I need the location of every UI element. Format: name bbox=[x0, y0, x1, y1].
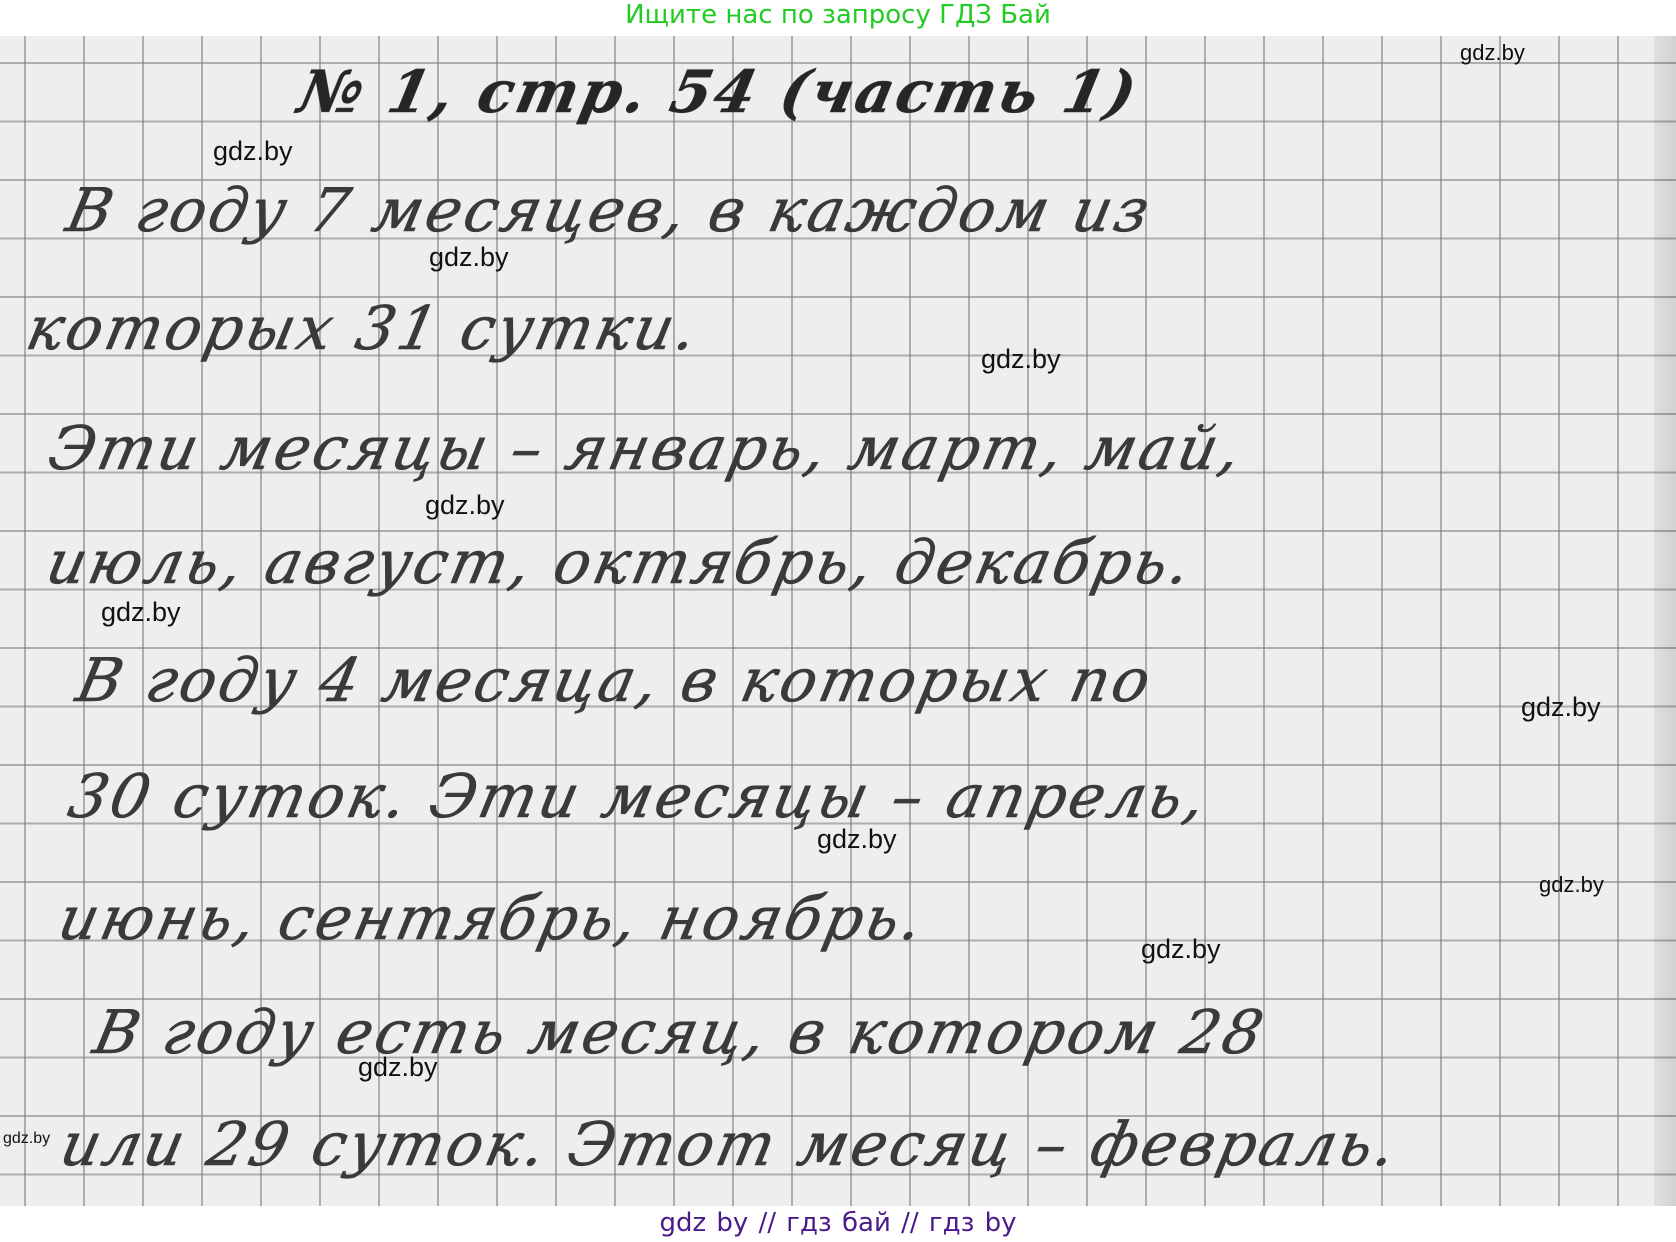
search-hint-banner: Ищите нас по запросу ГДЗ Бай bbox=[0, 0, 1676, 36]
watermark: gdz.by bbox=[358, 1052, 438, 1083]
watermark: gdz.by bbox=[3, 1130, 50, 1148]
watermark: gdz.by bbox=[1521, 692, 1601, 723]
watermark: gdz.by bbox=[817, 824, 897, 855]
watermark: gdz.by bbox=[213, 136, 293, 167]
watermark: gdz.by bbox=[981, 344, 1061, 375]
answer-line-6: 30 суток. Эти месяцы – апрель, bbox=[63, 762, 1215, 832]
answer-line-5: В году 4 месяца, в которых по bbox=[71, 646, 1160, 716]
answer-line-8: В году есть месяц, в котором 28 bbox=[88, 998, 1272, 1068]
answer-line-3: Эти месяцы – январь, март, май, bbox=[43, 414, 1250, 484]
answer-line-2: которых 31 сутки. bbox=[21, 294, 706, 364]
answer-line-4: июль, август, октябрь, декабрь. bbox=[41, 528, 1200, 598]
watermark: gdz.by bbox=[1460, 40, 1525, 66]
notebook-page: № 1, стр. 54 (часть 1) В году 7 месяцев,… bbox=[0, 36, 1676, 1206]
answer-line-1: В году 7 месяцев, в каждом из bbox=[61, 176, 1159, 246]
answer-line-9: или 29 суток. Этот месяц – февраль. bbox=[55, 1110, 1405, 1180]
answer-line-7: июнь, сентябрь, ноябрь. bbox=[53, 884, 932, 954]
watermark: gdz.by bbox=[1539, 872, 1604, 898]
site-footer-banner: gdz by // гдз бай // гдз by bbox=[0, 1206, 1676, 1242]
watermark: gdz.by bbox=[1141, 934, 1221, 965]
exercise-title: № 1, стр. 54 (часть 1) bbox=[293, 58, 1145, 126]
watermark: gdz.by bbox=[429, 242, 509, 273]
watermark: gdz.by bbox=[101, 597, 181, 628]
watermark: gdz.by bbox=[425, 490, 505, 521]
